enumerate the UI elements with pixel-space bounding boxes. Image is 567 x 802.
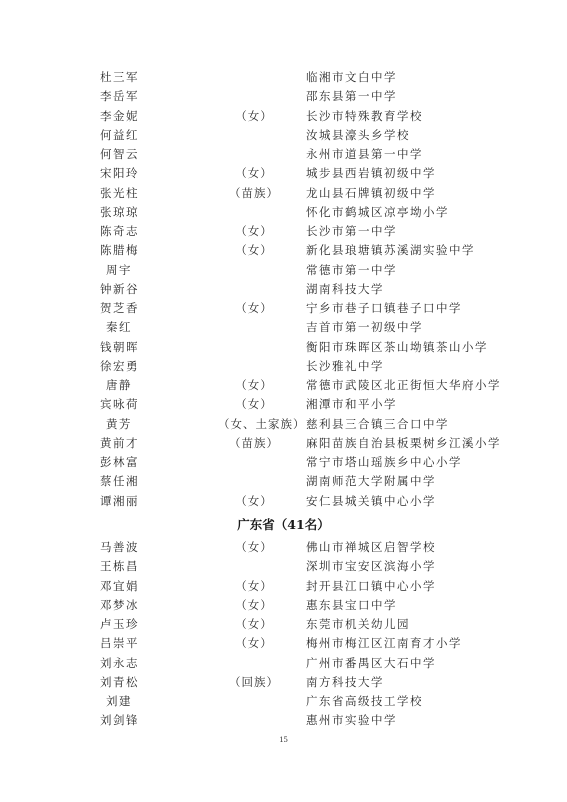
person-name: 彭林富	[100, 453, 139, 472]
person-name: 杜三军	[100, 68, 139, 87]
list-item: 秦红吉首市第一初级中学	[0, 318, 567, 337]
school-name: 衡阳市珠晖区茶山坳镇茶山小学	[306, 338, 488, 357]
school-name: 湖南科技大学	[306, 280, 384, 299]
school-name: 临湘市文白中学	[306, 68, 397, 87]
person-name: 马善波	[100, 538, 139, 557]
person-name: 刘建	[106, 692, 132, 711]
person-name: 周宇	[106, 261, 132, 280]
school-name: 慈利县三合镇三合口中学	[306, 415, 449, 434]
school-name: 常德市第一中学	[306, 261, 397, 280]
person-name: 贺芝香	[100, 299, 139, 318]
person-name: 黄前才	[100, 434, 139, 453]
school-name: 梅州市梅江区江南育才小学	[306, 634, 462, 653]
person-name: 谭湘丽	[100, 492, 139, 511]
list-item: 宋阳玲（女）城步县西岩镇初级中学	[0, 164, 567, 183]
school-name: 广州市番禺区大石中学	[306, 654, 436, 673]
person-name: 张琼琼	[100, 203, 139, 222]
school-name: 深圳市宝安区滨海小学	[306, 557, 436, 576]
school-name: 吉首市第一初级中学	[306, 318, 423, 337]
school-name: 佛山市禅城区启智学校	[306, 538, 436, 557]
list-item: 宾咏荷（女）湘潭市和平小学	[0, 395, 567, 414]
person-name: 钟新谷	[100, 280, 139, 299]
school-name: 麻阳苗族自治县板栗树乡江溪小学	[306, 434, 501, 453]
person-note: （苗族）	[218, 184, 290, 203]
document-page: 杜三军临湘市文白中学李岳军邵东县第一中学李金妮（女）长沙市特殊教育学校何益红汝城…	[0, 0, 567, 802]
school-name: 龙山县石牌镇初级中学	[306, 184, 436, 203]
school-name: 怀化市鹤城区凉亭坳小学	[306, 203, 449, 222]
person-note: （女）	[218, 596, 290, 615]
person-name: 吕崇平	[100, 634, 139, 653]
list-item: 邓梦冰（女）惠东县宝口中学	[0, 596, 567, 615]
list-item: 钱朝晖衡阳市珠晖区茶山坳镇茶山小学	[0, 338, 567, 357]
list-item: 何智云永州市道县第一中学	[0, 145, 567, 164]
list-item: 陈奇志（女）长沙市第一中学	[0, 222, 567, 241]
list-item: 徐宏勇长沙雅礼中学	[0, 357, 567, 376]
person-note: （女）	[218, 299, 290, 318]
school-name: 长沙雅礼中学	[306, 357, 384, 376]
list-item: 卢玉珍（女）东莞市机关幼儿园	[0, 615, 567, 634]
list-item: 马善波（女）佛山市禅城区启智学校	[0, 538, 567, 557]
school-name: 安仁县城关镇中心小学	[306, 492, 436, 511]
person-name: 唐静	[106, 376, 132, 395]
list-item: 刘青松（回族）南方科技大学	[0, 673, 567, 692]
school-name: 惠州市实验中学	[306, 711, 397, 730]
list-item: 杜三军临湘市文白中学	[0, 68, 567, 87]
school-name: 宁乡市巷子口镇巷子口中学	[306, 299, 462, 318]
person-name: 邓梦冰	[100, 596, 139, 615]
list-item: 陈腊梅（女）新化县琅塘镇苏溪湖实验中学	[0, 241, 567, 260]
person-note: （女）	[218, 538, 290, 557]
list-item: 蔡任湘湖南师范大学附属中学	[0, 472, 567, 491]
person-name: 陈奇志	[100, 222, 139, 241]
list-item: 刘永志广州市番禺区大石中学	[0, 654, 567, 673]
list-item: 李金妮（女）长沙市特殊教育学校	[0, 107, 567, 126]
school-name: 常德市武陵区北正街恒大华府小学	[306, 376, 501, 395]
list-item: 黄芳（女、土家族）慈利县三合镇三合口中学	[0, 415, 567, 434]
school-name: 新化县琅塘镇苏溪湖实验中学	[306, 241, 475, 260]
list-item: 邓宜娟（女）封开县江口镇中心小学	[0, 577, 567, 596]
list-item: 何益红汝城县濠头乡学校	[0, 126, 567, 145]
school-name: 城步县西岩镇初级中学	[306, 164, 436, 183]
school-name: 南方科技大学	[306, 673, 384, 692]
school-name: 长沙市第一中学	[306, 222, 397, 241]
school-name: 长沙市特殊教育学校	[306, 107, 423, 126]
school-name: 湖南师范大学附属中学	[306, 472, 436, 491]
person-name: 刘永志	[100, 654, 139, 673]
person-name: 徐宏勇	[100, 357, 139, 376]
person-note: （女）	[218, 492, 290, 511]
person-name: 张光柱	[100, 184, 139, 203]
person-name: 刘剑锋	[100, 711, 139, 730]
list-item: 张光柱（苗族）龙山县石牌镇初级中学	[0, 184, 567, 203]
school-name: 汝城县濠头乡学校	[306, 126, 410, 145]
list-item: 谭湘丽（女）安仁县城关镇中心小学	[0, 492, 567, 511]
person-name: 李岳军	[100, 87, 139, 106]
person-note: （女）	[218, 634, 290, 653]
school-name: 湘潭市和平小学	[306, 395, 397, 414]
person-name: 何益红	[100, 126, 139, 145]
person-note: （女）	[218, 395, 290, 414]
person-name: 秦红	[106, 318, 132, 337]
person-name: 蔡任湘	[100, 472, 139, 491]
person-name: 刘青松	[100, 673, 139, 692]
school-name: 惠东县宝口中学	[306, 596, 397, 615]
school-name: 常宁市塔山瑶族乡中心小学	[306, 453, 462, 472]
person-name: 宋阳玲	[100, 164, 139, 183]
school-name: 封开县江口镇中心小学	[306, 577, 436, 596]
school-name: 邵东县第一中学	[306, 87, 397, 106]
person-name: 钱朝晖	[100, 338, 139, 357]
person-name: 邓宜娟	[100, 577, 139, 596]
list-item: 吕崇平（女）梅州市梅江区江南育才小学	[0, 634, 567, 653]
person-name: 陈腊梅	[100, 241, 139, 260]
school-name: 东莞市机关幼儿园	[306, 615, 410, 634]
person-name: 何智云	[100, 145, 139, 164]
person-name: 王栋昌	[100, 557, 139, 576]
person-name: 李金妮	[100, 107, 139, 126]
person-note: （女、土家族）	[218, 415, 290, 434]
person-note: （回族）	[218, 673, 290, 692]
list-item: 贺芝香（女）宁乡市巷子口镇巷子口中学	[0, 299, 567, 318]
person-note: （女）	[218, 164, 290, 183]
person-note: （女）	[218, 222, 290, 241]
list-item: 周宇常德市第一中学	[0, 261, 567, 280]
person-note: （苗族）	[218, 434, 290, 453]
page-number: 15	[0, 734, 567, 744]
school-name: 永州市道县第一中学	[306, 145, 423, 164]
person-note: （女）	[218, 107, 290, 126]
person-note: （女）	[218, 577, 290, 596]
list-item: 钟新谷湖南科技大学	[0, 280, 567, 299]
person-name: 黄芳	[106, 415, 132, 434]
person-note: （女）	[218, 615, 290, 634]
person-note: （女）	[218, 241, 290, 260]
list-item: 刘建广东省高级技工学校	[0, 692, 567, 711]
list-item: 黄前才（苗族）麻阳苗族自治县板栗树乡江溪小学	[0, 434, 567, 453]
list-item: 彭林富常宁市塔山瑶族乡中心小学	[0, 453, 567, 472]
list-item: 唐静（女）常德市武陵区北正街恒大华府小学	[0, 376, 567, 395]
list-item: 刘剑锋惠州市实验中学	[0, 711, 567, 730]
school-name: 广东省高级技工学校	[306, 692, 423, 711]
section-heading-guangdong: 广东省（41名）	[0, 515, 567, 535]
person-name: 宾咏荷	[100, 395, 139, 414]
list-item: 张琼琼怀化市鹤城区凉亭坳小学	[0, 203, 567, 222]
person-note: （女）	[218, 376, 290, 395]
list-item: 王栋昌深圳市宝安区滨海小学	[0, 557, 567, 576]
person-name: 卢玉珍	[100, 615, 139, 634]
list-item: 李岳军邵东县第一中学	[0, 87, 567, 106]
